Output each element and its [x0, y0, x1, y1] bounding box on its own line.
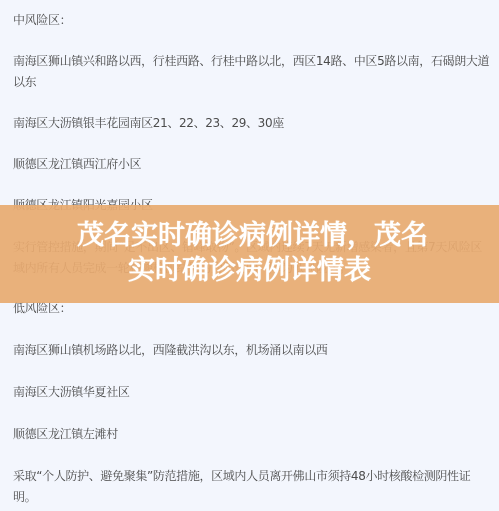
banner-title-line-2: 实时确诊病例详情表 — [0, 253, 499, 288]
banner-title-line-1: 茂名实时确诊病例详情，茂名 — [0, 218, 499, 253]
medium-risk-area-2: 南海区大沥镇银丰花园南区21、22、23、29、30座 — [13, 113, 491, 134]
low-risk-area-3: 顺德区龙江镇左滩村 — [13, 424, 491, 445]
heading-medium-risk: 中风险区： — [13, 10, 491, 31]
low-risk-area-2: 南海区大沥镇华夏社区 — [13, 382, 491, 403]
banner-title: 茂名实时确诊病例详情，茂名 实时确诊病例详情表 — [0, 218, 499, 288]
medium-risk-area-3: 顺德区龙江镇西江府小区 — [13, 154, 491, 175]
low-risk-measures: 采取“个人防护、避免聚集”防范措施，区域内人员离开佛山市须持48小时核酸检测阴性… — [13, 466, 491, 507]
low-risk-area-1: 南海区狮山镇机场路以北，西隆截洪沟以东，机场涌以南以西 — [13, 340, 491, 361]
medium-risk-area-1: 南海区狮山镇兴和路以西，行桂西路、行桂中路以北，西区14路、中区5路以南，石碣朗… — [13, 51, 491, 92]
